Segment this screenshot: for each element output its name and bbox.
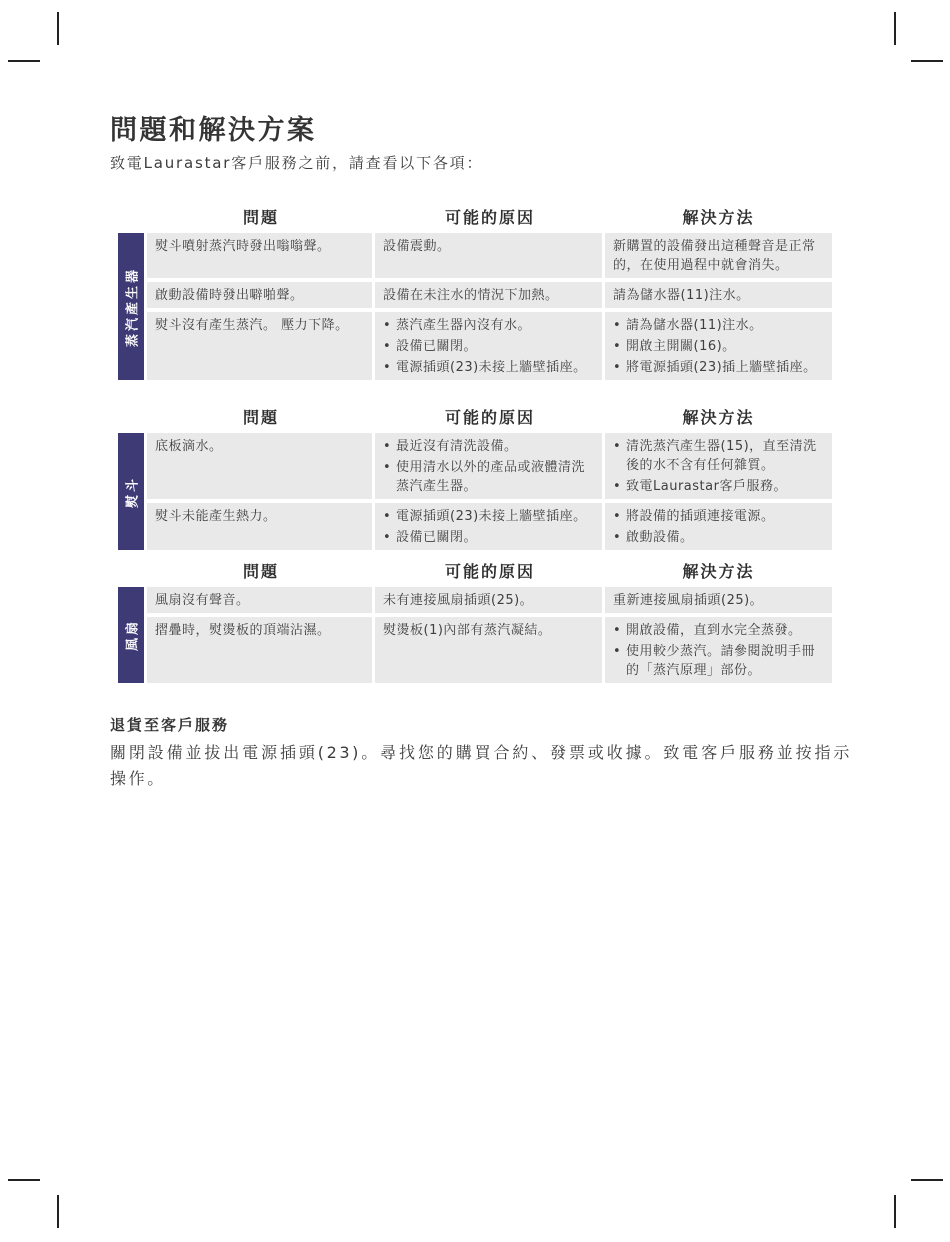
bullet-item: •致電Laurastar客戶服務。 (613, 477, 824, 496)
bullet-text: 將設備的插頭連接電源。 (626, 507, 824, 526)
cell-text: 未有連接風扇插頭(25)。 (383, 591, 594, 610)
bullet-text: 清洗蒸汽產生器(15)，直至清洗後的水不含有任何雜質。 (626, 437, 824, 475)
bullet-text: 使用清水以外的產品或液體清洗蒸汽產生器。 (396, 458, 594, 496)
cell-text: 風扇沒有聲音。 (155, 591, 364, 610)
crop-mark-top-left-h (8, 60, 40, 62)
column-header-problem: 問題 (147, 205, 375, 228)
bullet-icon: • (383, 316, 396, 335)
category-bar: 熨斗 (118, 433, 144, 550)
category-label: 熨斗 (122, 475, 141, 507)
bullet-item: •請為儲水器(11)注水。 (613, 316, 824, 335)
table-header-row: 問題 可能的原因 解決方法 (118, 203, 832, 229)
table-body: 蒸汽產生器熨斗噴射蒸汽時發出嗡嗡聲。設備震動。新購置的設備發出這種聲音是正常的，… (118, 233, 832, 380)
page-title: 問題和解決方案 (110, 108, 317, 147)
category-label: 蒸汽產生器 (122, 266, 141, 346)
cell-text: 啟動設備時發出噼啪聲。 (155, 286, 364, 305)
document-page: 問題和解決方案 致電Laurastar客戶服務之前，請查看以下各項： 問題 可能… (0, 0, 950, 1242)
table-cell-solutions: 新購置的設備發出這種聲音是正常的，在使用過程中就會消失。 (605, 233, 832, 278)
table-cell-problem: 熨斗未能產生熱力。 (147, 503, 372, 550)
cell-text: 請為儲水器(11)注水。 (613, 286, 824, 305)
bullet-icon: • (383, 437, 396, 456)
troubleshooting-table-iron: 問題 可能的原因 解決方法 熨斗底板滴水。•最近沒有清洗設備。•使用清水以外的產… (118, 403, 832, 550)
bullet-icon: • (613, 477, 626, 496)
cell-text: 新購置的設備發出這種聲音是正常的，在使用過程中就會消失。 (613, 237, 824, 275)
table-header-row: 問題 可能的原因 解決方法 (118, 557, 832, 583)
cell-text: 重新連接風扇插頭(25)。 (613, 591, 824, 610)
cell-text: 熨斗未能產生熱力。 (155, 507, 364, 526)
bullet-icon: • (383, 528, 396, 547)
table-cell-solutions: 重新連接風扇插頭(25)。 (605, 587, 832, 613)
bullet-icon: • (613, 507, 626, 526)
bullet-item: •將電源插頭(23)插上牆壁插座。 (613, 358, 824, 377)
cell-text: 設備震動。 (383, 237, 594, 256)
bullet-item: •將設備的插頭連接電源。 (613, 507, 824, 526)
bullet-text: 將電源插頭(23)插上牆壁插座。 (626, 358, 824, 377)
column-header-problem: 問題 (147, 559, 375, 582)
bullet-item: •設備已關閉。 (383, 337, 594, 356)
table-cell-solutions: •開啟設備，直到水完全蒸發。•使用較少蒸汽。請參閱說明手冊的「蒸汽原理」部份。 (605, 617, 832, 683)
table-body: 風扇風扇沒有聲音。未有連接風扇插頭(25)。重新連接風扇插頭(25)。摺疊時，熨… (118, 587, 832, 683)
bullet-text: 設備已關閉。 (396, 337, 594, 356)
table-cell-problem: 底板滴水。 (147, 433, 372, 499)
category-bar: 風扇 (118, 587, 144, 683)
bullet-icon: • (613, 621, 626, 640)
crop-mark-bottom-right-h (911, 1179, 943, 1181)
cell-text: 熨斗噴射蒸汽時發出嗡嗡聲。 (155, 237, 364, 256)
table-cell-causes: 未有連接風扇插頭(25)。 (375, 587, 602, 613)
bullet-text: 電源插頭(23)未接上牆壁插座。 (396, 358, 594, 377)
table-cell-solutions: •將設備的插頭連接電源。•啟動設備。 (605, 503, 832, 550)
bullet-icon: • (383, 358, 396, 377)
troubleshooting-table-steam-generator: 問題 可能的原因 解決方法 蒸汽產生器熨斗噴射蒸汽時發出嗡嗡聲。設備震動。新購置… (118, 203, 832, 380)
crop-mark-bottom-right-v (894, 1195, 896, 1228)
troubleshooting-table-fan: 問題 可能的原因 解決方法 風扇風扇沒有聲音。未有連接風扇插頭(25)。重新連接… (118, 557, 832, 683)
table-cell-problem: 熨斗噴射蒸汽時發出嗡嗡聲。 (147, 233, 372, 278)
crop-mark-top-left-v (57, 12, 59, 45)
bullet-icon: • (613, 316, 626, 335)
bullet-item: •使用清水以外的產品或液體清洗蒸汽產生器。 (383, 458, 594, 496)
table-header-row: 問題 可能的原因 解決方法 (118, 403, 832, 429)
bullet-item: •啟動設備。 (613, 528, 824, 547)
table-cell-causes: 設備在未注水的情況下加熱。 (375, 282, 602, 308)
cell-text: 熨燙板(1)內部有蒸汽凝結。 (383, 621, 594, 640)
bullet-icon: • (613, 358, 626, 377)
bullet-item: •電源插頭(23)未接上牆壁插座。 (383, 507, 594, 526)
table-cell-problem: 啟動設備時發出噼啪聲。 (147, 282, 372, 308)
cell-text: 摺疊時，熨燙板的頂端沾濕。 (155, 621, 364, 640)
crop-mark-top-right-h (911, 60, 943, 62)
table-cell-solutions: •請為儲水器(11)注水。•開啟主開關(16)。•將電源插頭(23)插上牆壁插座… (605, 312, 832, 380)
table-cell-problem: 熨斗沒有產生蒸汽。 壓力下降。 (147, 312, 372, 380)
intro-text: 致電Laurastar客戶服務之前，請查看以下各項： (110, 152, 483, 173)
bullet-icon: • (613, 437, 626, 475)
crop-mark-bottom-left-h (8, 1179, 40, 1181)
column-header-problem: 問題 (147, 405, 375, 428)
column-header-cause: 可能的原因 (375, 559, 605, 582)
bullet-text: 設備已關閉。 (396, 528, 594, 547)
bullet-text: 開啟設備，直到水完全蒸發。 (626, 621, 824, 640)
crop-mark-top-right-v (894, 12, 896, 45)
bullet-icon: • (613, 528, 626, 547)
footer-heading: 退貨至客戶服務 (110, 714, 229, 735)
bullet-text: 請為儲水器(11)注水。 (626, 316, 824, 335)
bullet-item: •開啟主開關(16)。 (613, 337, 824, 356)
table-cell-solutions: 請為儲水器(11)注水。 (605, 282, 832, 308)
column-header-cause: 可能的原因 (375, 205, 605, 228)
bullet-text: 使用較少蒸汽。請參閱說明手冊的「蒸汽原理」部份。 (626, 642, 824, 680)
category-label: 風扇 (122, 619, 141, 651)
bullet-item: •最近沒有清洗設備。 (383, 437, 594, 456)
bullet-icon: • (383, 337, 396, 356)
bullet-item: •清洗蒸汽產生器(15)，直至清洗後的水不含有任何雜質。 (613, 437, 824, 475)
cell-text: 設備在未注水的情況下加熱。 (383, 286, 594, 305)
column-header-solution: 解決方法 (605, 205, 832, 228)
bullet-text: 開啟主開關(16)。 (626, 337, 824, 356)
bullet-text: 最近沒有清洗設備。 (396, 437, 594, 456)
column-header-cause: 可能的原因 (375, 405, 605, 428)
bullet-text: 致電Laurastar客戶服務。 (626, 477, 824, 496)
table-cell-causes: •電源插頭(23)未接上牆壁插座。•設備已關閉。 (375, 503, 602, 550)
column-header-solution: 解決方法 (605, 559, 832, 582)
bullet-icon: • (613, 337, 626, 356)
bullet-icon: • (383, 507, 396, 526)
crop-mark-bottom-left-v (57, 1195, 59, 1228)
bullet-item: •開啟設備，直到水完全蒸發。 (613, 621, 824, 640)
table-cell-problem: 風扇沒有聲音。 (147, 587, 372, 613)
bullet-text: 啟動設備。 (626, 528, 824, 547)
cell-text: 熨斗沒有產生蒸汽。 壓力下降。 (155, 316, 364, 335)
table-cell-solutions: •清洗蒸汽產生器(15)，直至清洗後的水不含有任何雜質。•致電Laurastar… (605, 433, 832, 499)
column-header-solution: 解決方法 (605, 405, 832, 428)
bullet-item: •設備已關閉。 (383, 528, 594, 547)
bullet-icon: • (613, 642, 626, 680)
bullet-text: 電源插頭(23)未接上牆壁插座。 (396, 507, 594, 526)
bullet-icon: • (383, 458, 396, 496)
cell-text: 底板滴水。 (155, 437, 364, 456)
bullet-item: •電源插頭(23)未接上牆壁插座。 (383, 358, 594, 377)
table-body: 熨斗底板滴水。•最近沒有清洗設備。•使用清水以外的產品或液體清洗蒸汽產生器。•清… (118, 433, 832, 550)
bullet-text: 蒸汽產生器內沒有水。 (396, 316, 594, 335)
table-cell-causes: 設備震動。 (375, 233, 602, 278)
bullet-item: •使用較少蒸汽。請參閱說明手冊的「蒸汽原理」部份。 (613, 642, 824, 680)
table-cell-causes: 熨燙板(1)內部有蒸汽凝結。 (375, 617, 602, 683)
table-cell-causes: •蒸汽產生器內沒有水。•設備已關閉。•電源插頭(23)未接上牆壁插座。 (375, 312, 602, 380)
table-cell-problem: 摺疊時，熨燙板的頂端沾濕。 (147, 617, 372, 683)
category-bar: 蒸汽產生器 (118, 233, 144, 380)
bullet-item: •蒸汽產生器內沒有水。 (383, 316, 594, 335)
table-cell-causes: •最近沒有清洗設備。•使用清水以外的產品或液體清洗蒸汽產生器。 (375, 433, 602, 499)
footer-paragraph: 關閉設備並拔出電源插頭(23)。尋找您的購買合約、發票或收據。致電客戶服務並按指… (110, 740, 852, 792)
